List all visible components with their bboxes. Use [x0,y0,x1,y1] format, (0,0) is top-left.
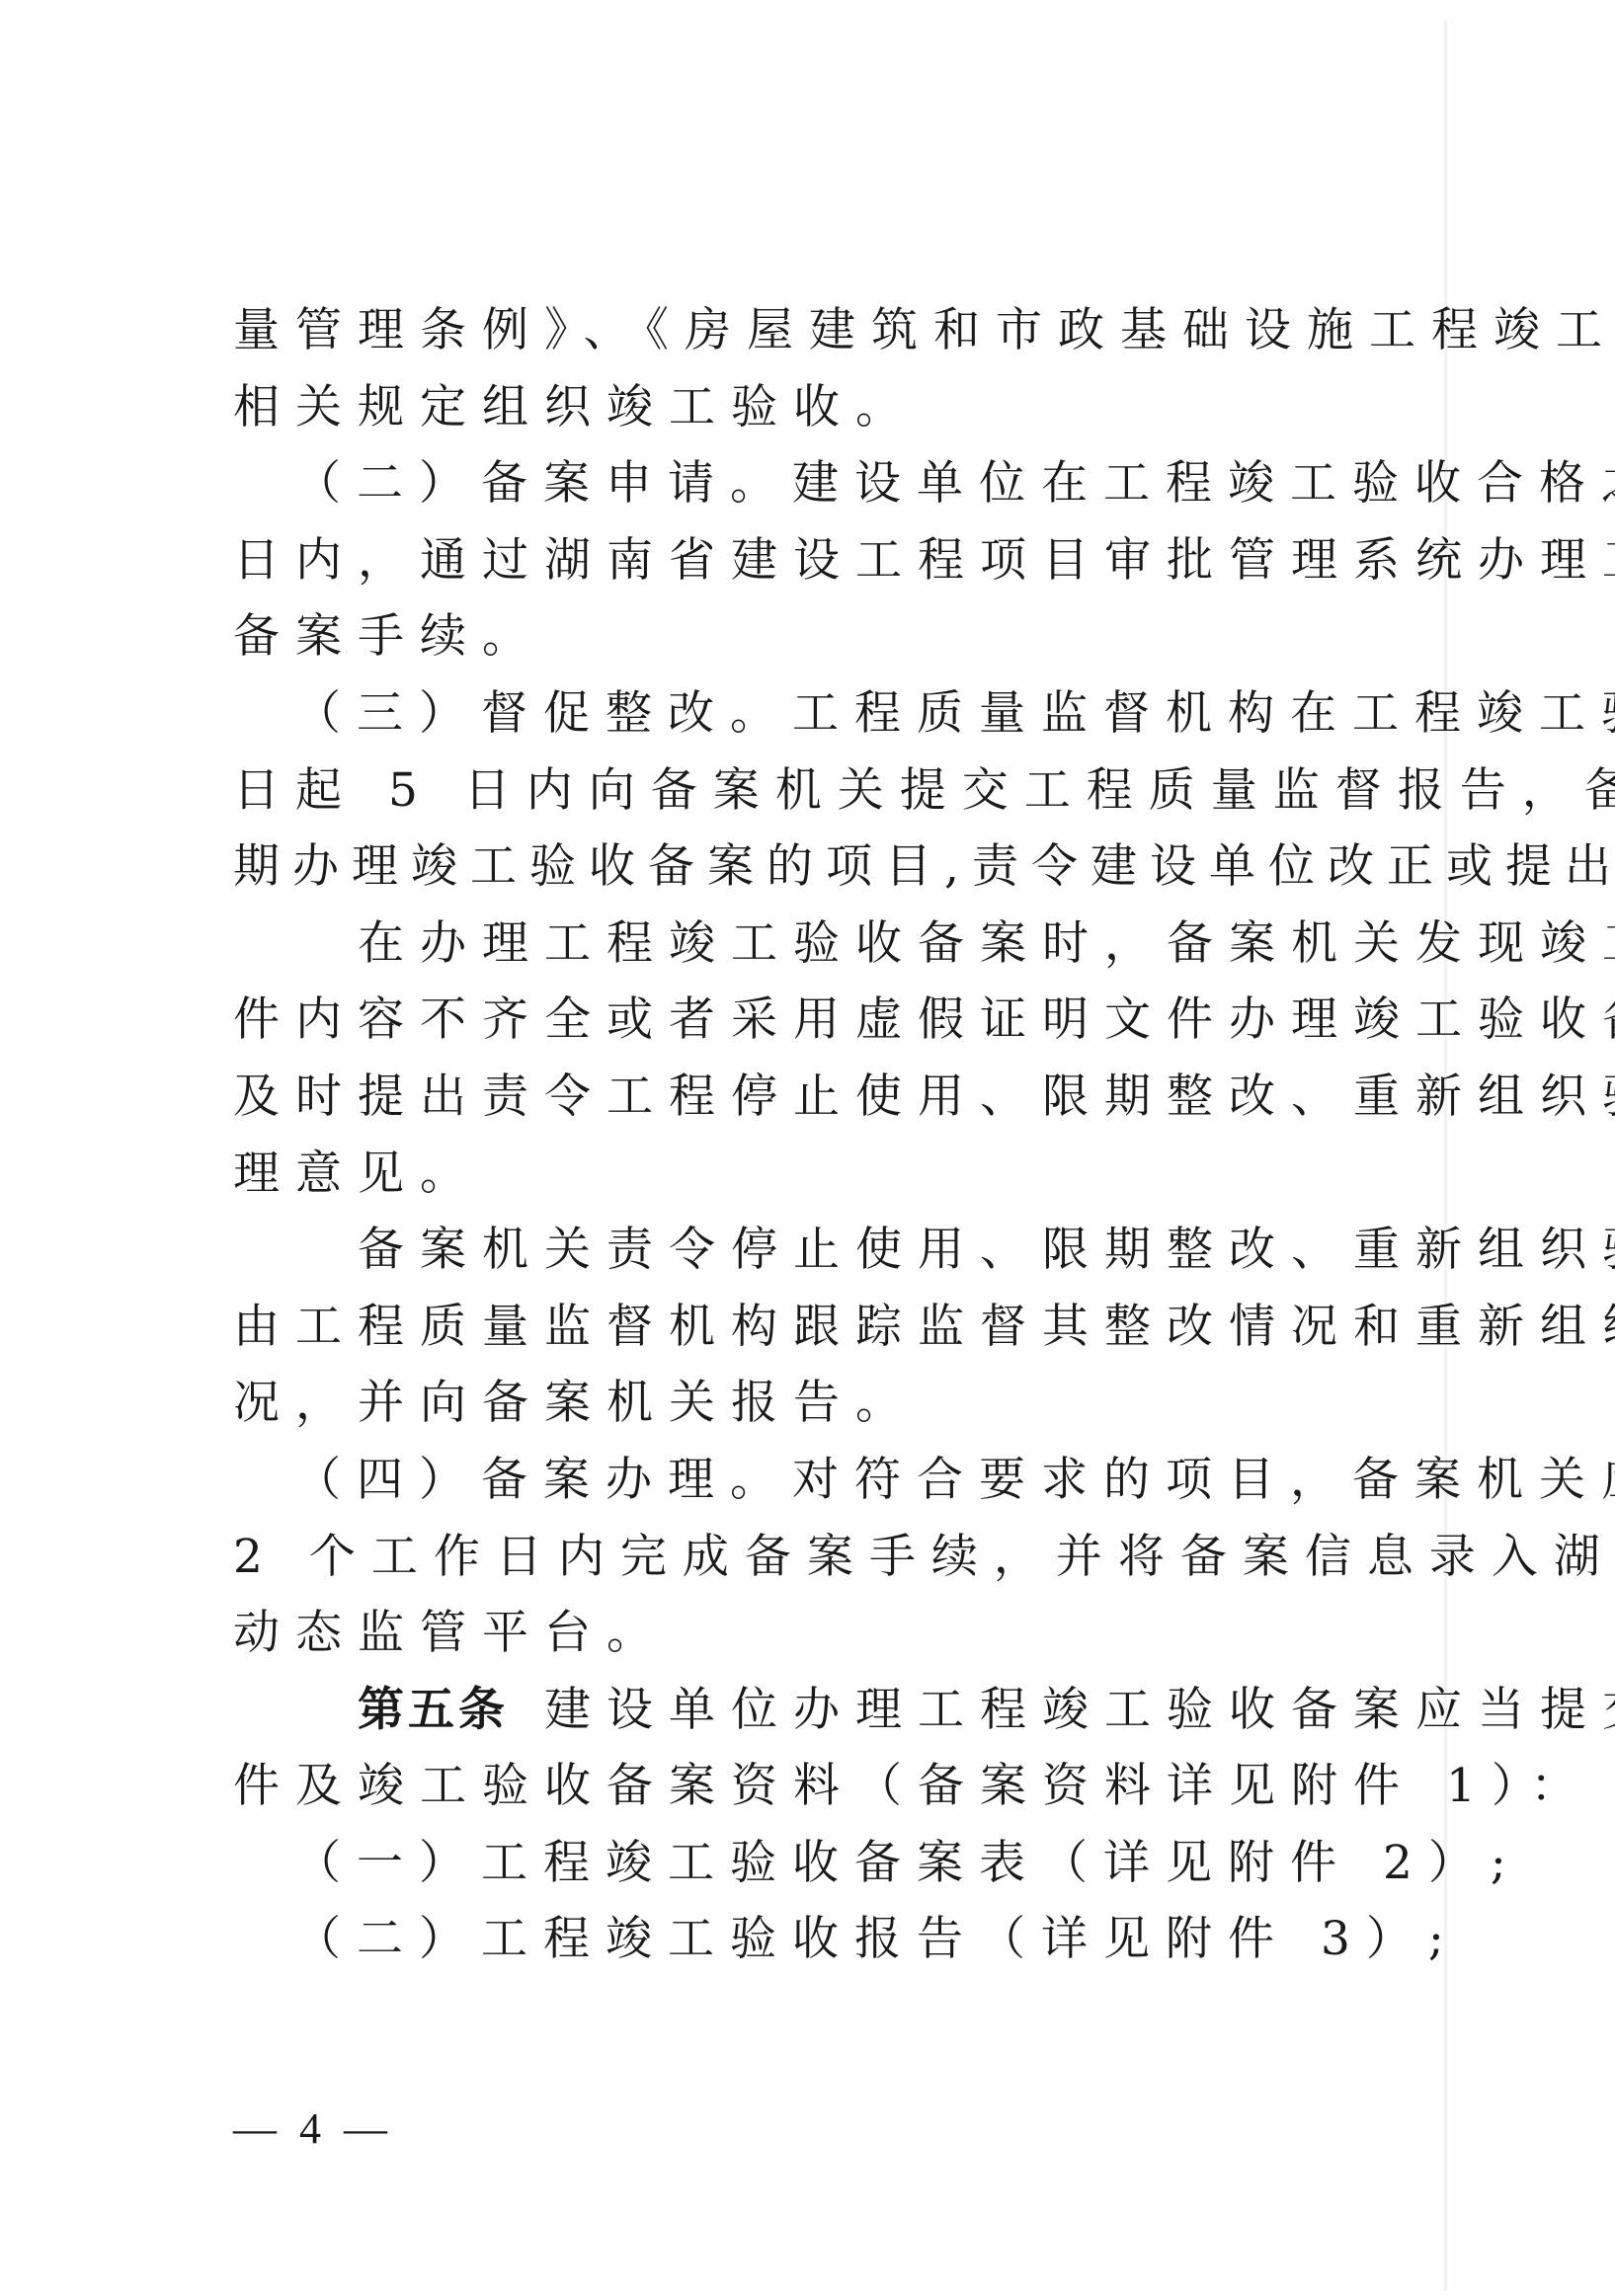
text-line: 期办理竣工验收备案的项目,责令建设单位改正或提出处罚建议。 [233,829,1418,906]
list-item: （二）工程竣工验收报告（详见附件 3）; [233,1901,1418,1978]
text-span: 建设单位办理工程竣工验收备案应当提交下列文 [544,1683,1615,1737]
text-line: 相关规定组织竣工验收。 [233,369,1418,446]
text-line: 量管理条例》、《房屋建筑和市政基础设施工程竣工验收规定》等 [233,292,1418,369]
text-line: 日起 5 日内向备案机关提交工程质量监督报告，备案机关对未按 [233,752,1418,830]
text-line: （四）备案办理。对符合要求的项目，备案机关应按规定在 [233,1442,1418,1519]
text-line: 2 个工作日内完成备案手续，并将备案信息录入湖南省工程项目 [233,1519,1418,1596]
text-line: 备案手续。 [233,598,1418,675]
page-number: — 4 — [233,2103,393,2154]
article-line: 第五条建设单位办理工程竣工验收备案应当提交下列文 [233,1672,1418,1749]
text-line: 件及竣工验收备案资料（备案资料详见附件 1）： [233,1748,1418,1825]
text-line: 在办理工程竣工验收备案时，备案机关发现竣工验收备案文 [233,906,1418,983]
text-line: 件内容不齐全或者采用虚假证明文件办理竣工验收备案的应当 [233,982,1418,1059]
document-page: 量管理条例》、《房屋建筑和市政基础设施工程竣工验收规定》等 相关规定组织竣工验收… [0,0,1615,2296]
text-line: 况，并向备案机关报告。 [233,1365,1418,1442]
list-item: （一）工程竣工验收备案表（详见附件 2）; [233,1825,1418,1902]
document-body: 量管理条例》、《房屋建筑和市政基础设施工程竣工验收规定》等 相关规定组织竣工验收… [233,292,1418,1978]
article-label: 第五条 [358,1683,509,1737]
text-line: 动态监管平台。 [233,1595,1418,1672]
text-line: 备案机关责令停止使用、限期整改、重新组织验收的工程， [233,1212,1418,1289]
text-line: 理意见。 [233,1136,1418,1213]
text-line: 日内，通过湖南省建设工程项目审批管理系统办理工程竣工验收 [233,522,1418,599]
text-line: （三）督促整改。工程质量监督机构在工程竣工验收合格之 [233,675,1418,752]
text-line: 由工程质量监督机构跟踪监督其整改情况和重新组织验收的情 [233,1289,1418,1366]
text-line: （二）备案申请。建设单位在工程竣工验收合格之日起 15 [233,445,1418,522]
text-line: 及时提出责令工程停止使用、限期整改、重新组织验收等备案处 [233,1059,1418,1136]
